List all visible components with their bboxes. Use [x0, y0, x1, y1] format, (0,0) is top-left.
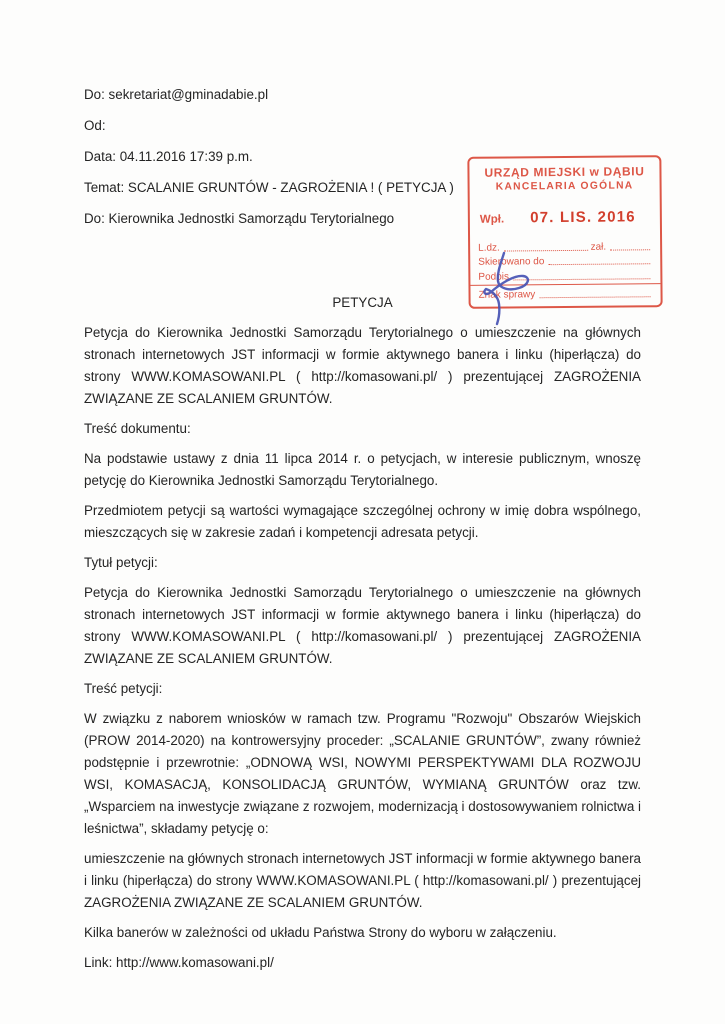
stamp-received-label: Wpł.: [480, 214, 504, 226]
header-line-from: Od:: [84, 115, 641, 137]
stamp-ldz-label: L.dz.: [478, 242, 500, 253]
registry-received-stamp: URZĄD MIEJSKI w DĄBIU KANCELARIA OGÓLNA …: [467, 155, 662, 309]
dotted-fill-line: [548, 262, 650, 265]
stamp-field-ldz: L.dz. zał.: [478, 237, 652, 253]
tresc-petycji-label: Treść petycji:: [84, 678, 641, 700]
banners-line: Kilka banerów w zależności od układu Pań…: [84, 922, 641, 944]
dotted-fill-line: [610, 248, 650, 250]
przedmiot-paragraph: Przedmiotem petycji są wartości wymagają…: [84, 500, 641, 544]
stamp-zal-label: zał.: [591, 241, 607, 252]
request-paragraph: umieszczenie na głównych stronach intern…: [84, 848, 641, 914]
stamp-office-unit: KANCELARIA OGÓLNA: [478, 180, 652, 193]
context-paragraph: W związku z naborem wniosków w ramach tz…: [84, 708, 641, 840]
petition-intro-paragraph: Petycja do Kierownika Jednostki Samorząd…: [84, 322, 641, 410]
legal-basis-paragraph: Na podstawie ustawy z dnia 11 lipca 2014…: [84, 448, 641, 492]
stamp-received-row: Wpł. 07. LIS. 2016: [478, 208, 652, 230]
dotted-fill-line: [539, 295, 650, 298]
document-page: Do: sekretariat@gminadabie.pl Od: Data: …: [0, 0, 725, 1024]
tytul-petycji-body: Petycja do Kierownika Jednostki Samorząd…: [84, 582, 641, 670]
stamp-skierowano-label: Skierowano do: [478, 256, 544, 268]
link-line: Link: http://www.komasowani.pl/: [84, 952, 641, 974]
stamp-field-podpis: Podpis: [478, 266, 652, 282]
stamp-office-name: URZĄD MIEJSKI w DĄBIU: [477, 164, 651, 180]
stamp-fields: L.dz. zał. Skierowano do Podpis Znak spr…: [478, 237, 653, 301]
dotted-fill-line: [513, 277, 650, 280]
stamp-field-skierowano: Skierowano do: [478, 252, 652, 268]
tytul-petycji-label: Tytuł petycji:: [84, 552, 641, 574]
header-line-to-email: Do: sekretariat@gminadabie.pl: [84, 84, 641, 106]
stamp-znak-sprawy-label: Znak sprawy: [479, 289, 536, 300]
tresc-dokumentu-label: Treść dokumentu:: [84, 418, 641, 440]
stamp-podpis-label: Podpis: [478, 271, 509, 282]
stamp-field-znak-sprawy: Znak sprawy: [478, 285, 652, 301]
stamp-received-date: 07. LIS. 2016: [530, 208, 636, 226]
dotted-fill-line: [504, 248, 589, 251]
